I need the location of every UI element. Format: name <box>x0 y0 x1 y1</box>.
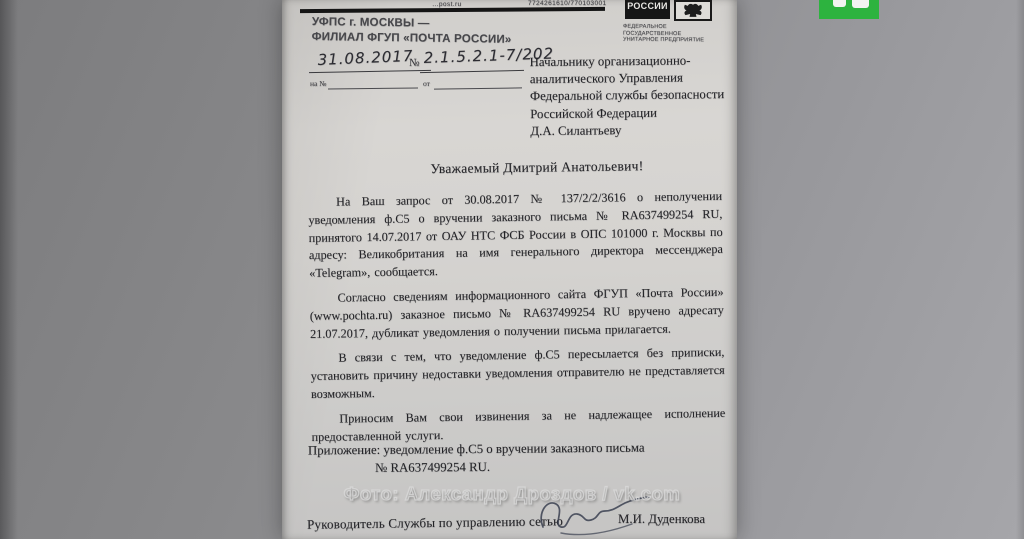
news-frame: …post.ru 7724261610/770103001 УФПС г. МО… <box>0 0 1024 539</box>
letterhead-reg-numbers: 7724261610/770103001 <box>528 0 607 7</box>
body-paragraph: На Ваш запрос от 30.08.2017 № 137/2/2/36… <box>308 188 723 283</box>
logo-letter-fragment <box>852 0 869 8</box>
attachment-line: № RA637499254 RU. <box>375 457 645 477</box>
from-blank-line <box>434 87 522 89</box>
fgup-caption-line: ФЕДЕРАЛЬНОЕ ГОСУДАРСТВЕННОЕ <box>623 24 725 38</box>
from-label: от <box>423 79 430 88</box>
letter-document: …post.ru 7724261610/770103001 УФПС г. МО… <box>282 0 737 539</box>
date-blank-line <box>309 70 431 73</box>
letterhead-contact-fragment: …post.ru <box>432 1 462 8</box>
salutation: Уважаемый Дмитрий Анатольевич! <box>308 157 720 179</box>
number-blank-line <box>420 70 524 73</box>
recipient-line: Федеральной службы безопасности <box>530 86 748 105</box>
double-eagle-icon <box>680 3 706 18</box>
channel-logo <box>819 0 879 19</box>
ref-blank-line <box>328 88 418 90</box>
state-emblem-box <box>674 0 712 21</box>
pochta-rossii-logo: ПОЧТА РОССИИ <box>625 0 670 19</box>
body-paragraph: В связи с тем, что уведомление ф.С5 пере… <box>310 344 725 404</box>
fgup-caption: ФЕДЕРАЛЬНОЕ ГОСУДАРСТВЕННОЕ УНИТАРНОЕ ПР… <box>623 24 725 44</box>
recipient-block: Начальнику организационно- аналитическог… <box>530 52 749 140</box>
number-label: № <box>409 57 420 69</box>
logo-letter-fragment <box>833 0 846 7</box>
attachment-note: Приложение: уведомление ф.С5 о вручении … <box>308 440 645 478</box>
attachment-line: Приложение: уведомление ф.С5 о вручении … <box>308 440 645 460</box>
signature-title: Руководитель Службы по управлению сетью <box>307 513 563 533</box>
photo-credit-watermark: Фото: Александр Дроздов / vk.com <box>344 483 681 505</box>
fgup-caption-line: УНИТАРНОЕ ПРЕДПРИЯТИЕ <box>623 37 725 44</box>
handwritten-date: 31.08.2017 <box>317 47 414 69</box>
sender-org-line: ФИЛИАЛ ФГУП «ПОЧТА РОССИИ» <box>312 29 512 46</box>
body-paragraph: Согласно сведениям информационного сайта… <box>309 284 724 344</box>
letterhead-rule <box>300 7 605 13</box>
letter-body: На Ваш запрос от 30.08.2017 № 137/2/2/36… <box>308 188 726 453</box>
sender-org-name: УФПС г. МОСКВЫ — ФИЛИАЛ ФГУП «ПОЧТА РОСС… <box>312 15 512 47</box>
ref-number-label: на № <box>310 79 326 88</box>
pochta-logo-line: РОССИИ <box>625 2 670 11</box>
recipient-line: Д.А. Силантьеву <box>530 121 748 140</box>
